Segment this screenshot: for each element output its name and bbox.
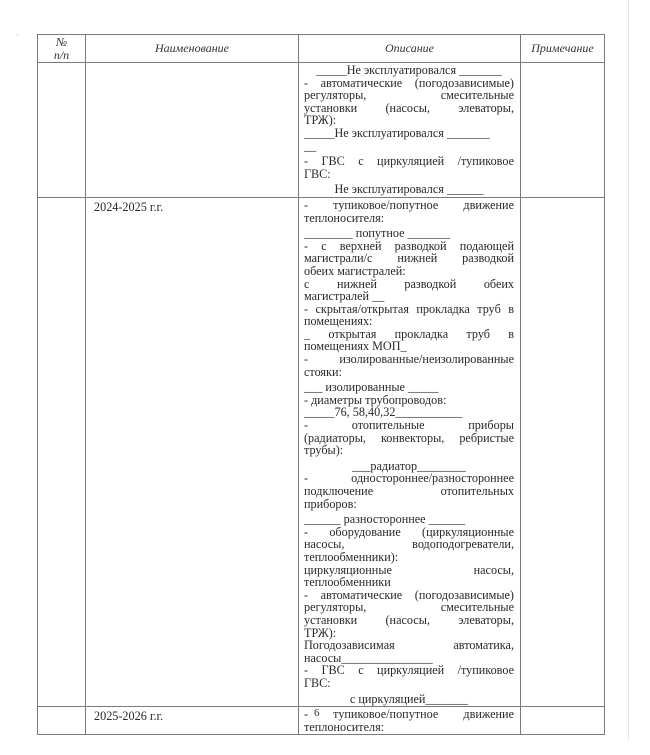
description-line: теплоносителя:: [304, 721, 514, 734]
description-line: - изолированные/неизолированные: [304, 353, 514, 366]
description-line: - тупиковое/попутное движение: [304, 199, 514, 212]
description-line: теплоносителя:: [304, 212, 514, 225]
description-line: _____Не эксплуатировался _______: [304, 127, 514, 140]
description-line: подключение отопительных: [304, 485, 514, 498]
description-line: _____Не эксплуатировался _______: [304, 64, 514, 77]
description-line: ______ разностороннее ______: [304, 513, 514, 526]
description-line: теплообменники):: [304, 551, 514, 564]
description-line: ГВС:: [304, 168, 514, 181]
description-line: теплообменники: [304, 576, 514, 589]
row-description-cell: - тупиковое/попутное движениетеплоносите…: [299, 707, 521, 735]
description-line: с циркуляцией_______: [304, 693, 514, 706]
row-number-cell: [38, 63, 86, 198]
description-line: - тупиковое/попутное движение: [304, 708, 514, 721]
page-number: 6: [314, 707, 320, 719]
row-name-cell: 2025-2026 г.г.: [86, 707, 299, 735]
description-line: установки (насосы, элеваторы,: [304, 614, 514, 627]
row-name-cell: [86, 63, 299, 198]
description-line: __: [304, 140, 514, 153]
description-line: помещениях:: [304, 315, 514, 328]
table-header-row: № п/п Наименование Описание Примечание: [38, 35, 605, 63]
heating-system-table: № п/п Наименование Описание Примечание _…: [37, 34, 605, 735]
description-line: Не эксплуатировался ______: [304, 183, 514, 196]
table-row: _____Не эксплуатировался _______- автома…: [38, 63, 605, 198]
header-number: № п/п: [38, 35, 86, 63]
row-description-cell: _____Не эксплуатировался _______- автома…: [299, 63, 521, 198]
description-line: трубы):: [304, 444, 514, 457]
header-description: Описание: [299, 35, 521, 63]
description-line: стояки:: [304, 366, 514, 379]
row-description-cell: - тупиковое/попутное движениетеплоносите…: [299, 197, 521, 706]
description-line: приборов:: [304, 498, 514, 511]
description-line: ГВС:: [304, 677, 514, 690]
description-line: регуляторы, смесительные: [304, 89, 514, 102]
description-line: обеих магистралей:: [304, 265, 514, 278]
description-line: - ГВС с циркуляцией /тупиковое: [304, 664, 514, 677]
row-name-cell: 2024-2025 г.г.: [86, 197, 299, 706]
description-line: - отопительные приборы: [304, 419, 514, 432]
description-line: Погодозависимая автоматика,: [304, 639, 514, 652]
header-note: Примечание: [521, 35, 605, 63]
scan-mark: `: [16, 33, 19, 42]
description-line: ___ изолированные _____: [304, 381, 514, 394]
row-number-cell: [38, 707, 86, 735]
table-row: 2024-2025 г.г.- тупиковое/попутное движе…: [38, 197, 605, 706]
row-note-cell: [521, 63, 605, 198]
table-row: 2025-2026 г.г.- тупиковое/попутное движе…: [38, 707, 605, 735]
row-number-cell: [38, 197, 86, 706]
description-line: ________ попутное _______: [304, 227, 514, 240]
page-edge: [628, 0, 629, 740]
description-line: магистралей __: [304, 290, 514, 303]
row-note-cell: [521, 197, 605, 706]
header-name: Наименование: [86, 35, 299, 63]
row-note-cell: [521, 707, 605, 735]
description-line: - ГВС с циркуляцией /тупиковое: [304, 155, 514, 168]
